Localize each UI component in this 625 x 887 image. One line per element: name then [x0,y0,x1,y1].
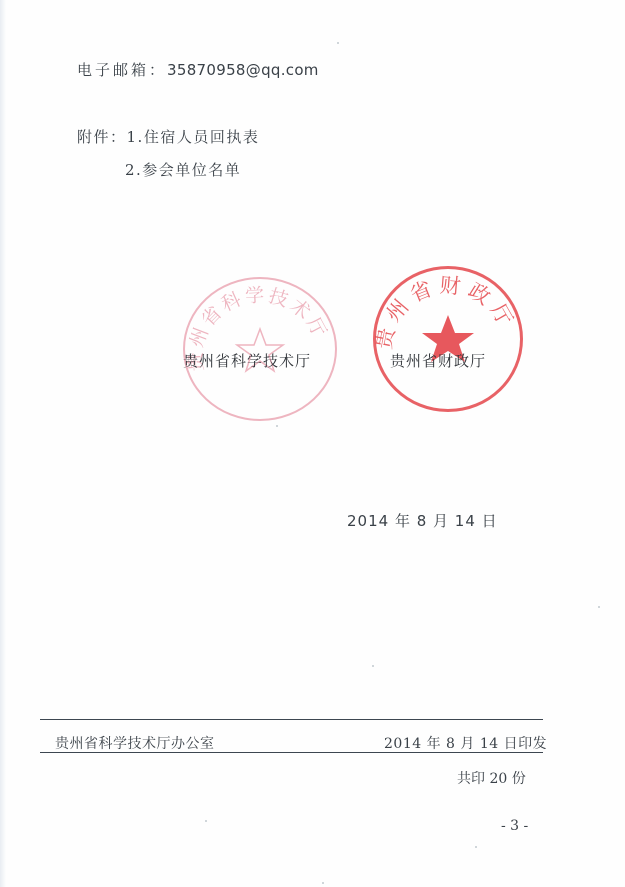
attachment-item-2: 2.参会单位名单 [125,159,241,180]
scan-speck [372,665,374,667]
contact-email-line: 电子邮箱：35870958@qq.com [77,59,319,80]
email-label: 电子邮箱： [77,61,167,79]
signer-finance-department: 贵州省财政厅 [390,350,486,371]
seal-finance-department: 贵州省财政厅 [373,266,523,412]
scan-speck [205,820,207,822]
scan-speck [322,882,324,884]
colophon-copies: 共印 20 份 [457,768,526,788]
signer-science-department: 贵州省科学技术厅 [183,350,311,371]
seal-finance-graphic: 贵州省财政厅 [376,269,520,409]
attachments-label: 附件： [77,128,127,146]
seal-science-department: 贵州省科学技术厅 [183,277,337,421]
signature-date: 2014 年 8 月 14 日 [347,510,498,531]
document-page: 电子邮箱：35870958@qq.com 附件：1.住宿人员回执表 2.参会单位… [0,0,625,887]
seal-science-graphic: 贵州省科学技术厅 [185,279,335,419]
attachment-item-1: 1.住宿人员回执表 [127,128,260,146]
scan-edge-shading [0,0,6,887]
scan-speck [475,846,477,848]
scan-speck [276,425,278,427]
attachments-line: 附件：1.住宿人员回执表 [77,126,259,147]
colophon-issuer: 贵州省科学技术厅办公室 [55,733,215,753]
scan-speck [598,606,600,608]
colophon-top-rule [40,719,543,720]
email-value: 35870958@qq.com [167,61,319,79]
scan-speck [337,42,339,44]
colophon-print-date: 2014 年 8 月 14 日印发 [384,733,547,753]
page-number: - 3 - [501,818,528,834]
colophon-bottom-rule [40,752,543,753]
